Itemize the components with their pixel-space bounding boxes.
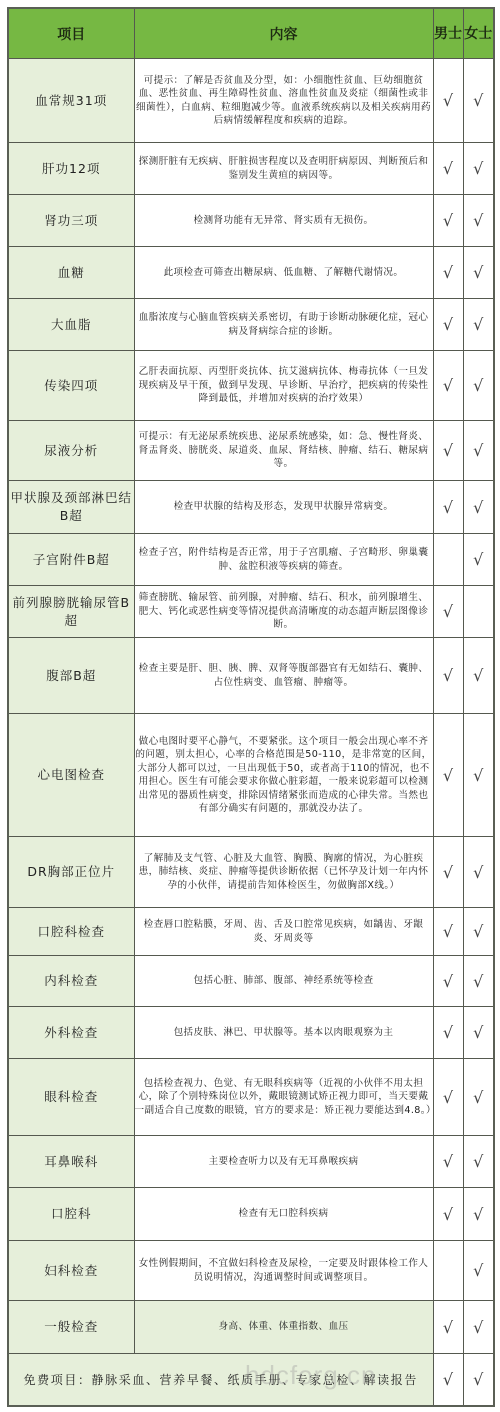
exam-item-description: 检测肾功能有无异常、肾实质有无损伤。 — [134, 195, 433, 247]
exam-item-name: 外科检查 — [8, 1007, 134, 1059]
male-check-icon: √ — [433, 351, 463, 421]
exam-item-name: 耳鼻喉科 — [8, 1136, 134, 1188]
exam-item-name: 尿液分析 — [8, 421, 134, 481]
table-row: 眼科检查包括检查视力、色觉、有无眼科疾病等（近视的小伙伴不用太担心，除了个别特殊… — [8, 1059, 494, 1136]
female-check-icon: √ — [463, 908, 494, 956]
female-check-icon: √ — [463, 534, 494, 586]
male-check-icon: √ — [433, 1354, 463, 1406]
exam-item-description: 了解肺及支气管、心脏及大血管、胸膜、胸廓的情况，为心脏疾患，肺结核、炎症、肿瘤等… — [134, 837, 433, 908]
exam-item-description: 可提示：了解是否贫血及分型，如：小细胞性贫血、巨幼细胞贫血、恶性贫血、再生障碍性… — [134, 59, 433, 143]
female-check-icon: √ — [463, 195, 494, 247]
exam-item-name: 内科检查 — [8, 956, 134, 1007]
male-check-icon: √ — [433, 586, 463, 638]
male-check-icon: √ — [433, 59, 463, 143]
table-row: 血常规31项可提示：了解是否贫血及分型，如：小细胞性贫血、巨幼细胞贫血、恶性贫血… — [8, 59, 494, 143]
exam-item-description: 乙肝表面抗原、丙型肝炎抗体、抗艾滋病抗体、梅毒抗体（一旦发现疾病及早干预，做到早… — [134, 351, 433, 421]
exam-item-description: 检查主要是肝、胆、胰、脾、双肾等腹部器官有无如结石、囊肿、占位性病变、血管瘤、肿… — [134, 638, 433, 714]
male-check-icon: √ — [433, 247, 463, 299]
table-row: 传染四项乙肝表面抗原、丙型肝炎抗体、抗艾滋病抗体、梅毒抗体（一旦发现疾病及早干预… — [8, 351, 494, 421]
exam-item-name: 眼科检查 — [8, 1059, 134, 1136]
female-check-icon: √ — [463, 956, 494, 1007]
table-row: 妇科检查女性例假期间，不宜做妇科检查及尿检，一定要及时跟体检工作人员说明情况，沟… — [8, 1241, 494, 1301]
exam-item-name: 传染四项 — [8, 351, 134, 421]
male-check-icon — [433, 1241, 463, 1301]
female-check-icon: √ — [463, 1301, 494, 1354]
male-check-icon: √ — [433, 638, 463, 714]
male-check-icon: √ — [433, 1301, 463, 1354]
female-check-icon: √ — [463, 421, 494, 481]
exam-item-name: 子宫附件B超 — [8, 534, 134, 586]
exam-item-name: DR胸部正位片 — [8, 837, 134, 908]
exam-item-name: 肾功三项 — [8, 195, 134, 247]
male-check-icon: √ — [433, 421, 463, 481]
exam-item-name: 甲状腺及颈部淋巴结B超 — [8, 481, 134, 534]
table-row: 耳鼻喉科主要检查听力以及有无耳鼻喉疾病√√ — [8, 1136, 494, 1188]
exam-item-description: 检查甲状腺的结构及形态，发现甲状腺异常病变。 — [134, 481, 433, 534]
exam-item-description: 包括皮肤、淋巴、甲状腺等。基本以肉眼观察为主 — [134, 1007, 433, 1059]
female-check-icon: √ — [463, 837, 494, 908]
exam-item-name: 妇科检查 — [8, 1241, 134, 1301]
female-check-icon: √ — [463, 143, 494, 195]
table-row: 子宫附件B超检查子宫，附件结构是否正常，用于子宫肌瘤、子宫畸形、卵巢囊肿、盆腔积… — [8, 534, 494, 586]
female-check-icon: √ — [463, 1241, 494, 1301]
table-row: 大血脂血脂浓度与心脑血管疾病关系密切，有助于诊断动脉硬化症，冠心病及肾病综合症的… — [8, 299, 494, 351]
male-check-icon: √ — [433, 481, 463, 534]
male-check-icon: √ — [433, 195, 463, 247]
table-row: 肝功12项探测肝脏有无疾病、肝脏损害程度以及查明肝病原因、判断预后和鉴别发生黄疸… — [8, 143, 494, 195]
table-row: 内科检查包括心脏、肺部、腹部、神经系统等检查√√ — [8, 956, 494, 1007]
header-content: 内容 — [134, 8, 433, 59]
exam-item-description: 检查子宫，附件结构是否正常，用于子宫肌瘤、子宫畸形、卵巢囊肿、盆腔积液等疾病的筛… — [134, 534, 433, 586]
exam-item-name: 肝功12项 — [8, 143, 134, 195]
exam-item-description: 筛查膀胱、输尿管、前列腺，对肿瘤、结石、积水，前列腺增生、肥大、钙化或恶性病变等… — [134, 586, 433, 638]
female-check-icon: √ — [463, 481, 494, 534]
table-row: 腹部B超检查主要是肝、胆、胰、脾、双肾等腹部器官有无如结石、囊肿、占位性病变、血… — [8, 638, 494, 714]
female-check-icon: √ — [463, 1188, 494, 1241]
exam-item-description: 检查有无口腔科疾病 — [134, 1188, 433, 1241]
table-row: 甲状腺及颈部淋巴结B超检查甲状腺的结构及形态，发现甲状腺异常病变。√√ — [8, 481, 494, 534]
female-check-icon: √ — [463, 714, 494, 837]
male-check-icon: √ — [433, 714, 463, 837]
exam-item-name: 口腔科 — [8, 1188, 134, 1241]
exam-item-name: 心电图检查 — [8, 714, 134, 837]
exam-item-name: 大血脂 — [8, 299, 134, 351]
exam-item-description: 探测肝脏有无疾病、肝脏损害程度以及查明肝病原因、判断预后和鉴别发生黄疸的病因等。 — [134, 143, 433, 195]
male-check-icon: √ — [433, 956, 463, 1007]
exam-item-description: 可提示：有无泌尿系统疾患、泌尿系统感染，如：急、慢性肾炎、肾盂肾炎、膀胱炎、尿道… — [134, 421, 433, 481]
table-row: 口腔科检查检查唇口腔粘膜，牙周、齿、舌及口腔常见疾病，如龋齿、牙龈炎、牙周炎等√… — [8, 908, 494, 956]
table-row: 心电图检查做心电图时要平心静气，不要紧张。这个项目一般会出现心率不齐的问题，别太… — [8, 714, 494, 837]
male-check-icon: √ — [433, 1059, 463, 1136]
exam-item-description: 女性例假期间，不宜做妇科检查及尿检，一定要及时跟体检工作人员说明情况，沟通调整时… — [134, 1241, 433, 1301]
health-checkup-table: 项目 内容 男士 女士 血常规31项可提示：了解是否贫血及分型，如：小细胞性贫血… — [7, 7, 495, 1407]
exam-item-description: 做心电图时要平心静气，不要紧张。这个项目一般会出现心率不齐的问题，别太担心，心率… — [134, 714, 433, 837]
exam-item-description: 此项检查可筛查出糖尿病、低血糖、了解糖代谢情况。 — [134, 247, 433, 299]
exam-item-name: 前列腺膀胱输尿管B超 — [8, 586, 134, 638]
table-row: 口腔科检查有无口腔科疾病√√ — [8, 1188, 494, 1241]
header-item: 项目 — [8, 8, 134, 59]
exam-item-name: 血糖 — [8, 247, 134, 299]
table-row: 外科检查包括皮肤、淋巴、甲状腺等。基本以肉眼观察为主√√ — [8, 1007, 494, 1059]
male-check-icon: √ — [433, 299, 463, 351]
header-female: 女士 — [463, 8, 494, 59]
exam-item-name: 口腔科检查 — [8, 908, 134, 956]
exam-item-name: 一般检查 — [8, 1301, 134, 1354]
table-row-free-items: 免费项目：静脉采血、营养早餐、纸质手册、专家总检、解读报告√√ — [8, 1354, 494, 1406]
female-check-icon: √ — [463, 1354, 494, 1406]
exam-item-name: 腹部B超 — [8, 638, 134, 714]
exam-item-description: 包括检查视力、色觉、有无眼科疾病等（近视的小伙伴不用太担心，除了个别特殊岗位以外… — [134, 1059, 433, 1136]
table-row: 肾功三项检测肾功能有无异常、肾实质有无损伤。√√ — [8, 195, 494, 247]
table-header-row: 项目 内容 男士 女士 — [8, 8, 494, 59]
female-check-icon: √ — [463, 638, 494, 714]
female-check-icon: √ — [463, 59, 494, 143]
header-male: 男士 — [433, 8, 463, 59]
female-check-icon: √ — [463, 1007, 494, 1059]
exam-item-description: 包括心脏、肺部、腹部、神经系统等检查 — [134, 956, 433, 1007]
table-row: DR胸部正位片了解肺及支气管、心脏及大血管、胸膜、胸廓的情况，为心脏疾患，肺结核… — [8, 837, 494, 908]
table-row-general: 一般检查身高、体重、体重指数、血压√√ — [8, 1301, 494, 1354]
free-items-text: 免费项目：静脉采血、营养早餐、纸质手册、专家总检、解读报告 — [8, 1354, 433, 1406]
female-check-icon — [463, 586, 494, 638]
exam-item-description: 检查唇口腔粘膜，牙周、齿、舌及口腔常见疾病，如龋齿、牙龈炎、牙周炎等 — [134, 908, 433, 956]
female-check-icon: √ — [463, 1059, 494, 1136]
table-body: 血常规31项可提示：了解是否贫血及分型，如：小细胞性贫血、巨幼细胞贫血、恶性贫血… — [8, 59, 494, 1406]
female-check-icon: √ — [463, 1136, 494, 1188]
male-check-icon: √ — [433, 837, 463, 908]
male-check-icon: √ — [433, 1007, 463, 1059]
exam-item-description: 主要检查听力以及有无耳鼻喉疾病 — [134, 1136, 433, 1188]
male-check-icon — [433, 534, 463, 586]
male-check-icon: √ — [433, 1188, 463, 1241]
exam-item-name: 血常规31项 — [8, 59, 134, 143]
male-check-icon: √ — [433, 908, 463, 956]
table-row: 血糖此项检查可筛查出糖尿病、低血糖、了解糖代谢情况。√√ — [8, 247, 494, 299]
exam-item-description: 血脂浓度与心脑血管疾病关系密切，有助于诊断动脉硬化症，冠心病及肾病综合症的诊断。 — [134, 299, 433, 351]
exam-item-description: 身高、体重、体重指数、血压 — [134, 1301, 433, 1354]
male-check-icon: √ — [433, 1136, 463, 1188]
table-row: 前列腺膀胱输尿管B超筛查膀胱、输尿管、前列腺，对肿瘤、结石、积水，前列腺增生、肥… — [8, 586, 494, 638]
female-check-icon: √ — [463, 351, 494, 421]
female-check-icon: √ — [463, 247, 494, 299]
female-check-icon: √ — [463, 299, 494, 351]
table-row: 尿液分析可提示：有无泌尿系统疾患、泌尿系统感染，如：急、慢性肾炎、肾盂肾炎、膀胱… — [8, 421, 494, 481]
male-check-icon: √ — [433, 143, 463, 195]
